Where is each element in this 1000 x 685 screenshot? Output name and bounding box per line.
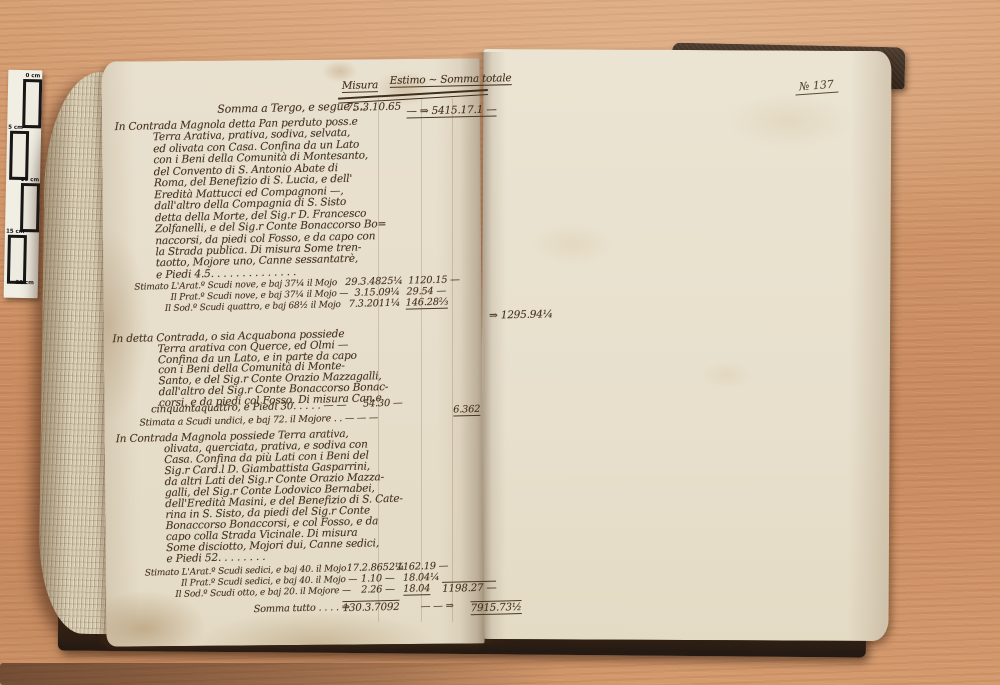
manuscript-book: № 137 Misura Estimo ~ Somma totale Somma… [0,0,1000,685]
estimo-value: 18.04 [403,583,430,596]
total-misura: 130.3.7092 [342,600,399,614]
misura-value: 7.3.2011¼ [349,298,401,310]
carry-estimo: — ⇒ 5415.17.1 — [406,103,497,118]
estimo-value: 6.362 [453,404,480,417]
total-dashes: — — ⇒ [421,601,454,613]
estimo-value: 146.28⅔ [406,297,449,310]
misura-value: 17.2.8652¼ [347,562,405,574]
subtotal-value: ⇒ 1295.94¼ [489,308,553,321]
handwriting-layer: Misura Estimo ~ Somma totale Somma a Ter… [0,0,1000,685]
misura-value: 1.10 — [361,573,395,585]
carry-label: Somma a Tergo, e segue .... [217,99,366,115]
column-header-misura: Misura [342,79,379,93]
subtotal-value: 1198.27 — [442,581,497,595]
estimo-value: 29.54 — [406,286,446,298]
estimo-value: 18.04¼ [403,572,440,584]
carry-misura: 75.3.10.65 [346,101,401,114]
entry-paragraph-2: In detta Contrada, o sia Acquabona possi… [157,328,388,409]
photo-scene: 0 cm 5 cm 10 cm 15 cm 20 cm № 137 Misura… [0,0,1000,685]
entry-paragraph-1: In Contrada Magnola detta Pan perduto po… [153,116,388,282]
misura-value: 54.30 — [363,398,403,410]
total-estimo: 7915.73½ [471,600,522,615]
estimo-value: 1162.19 — [397,561,449,573]
entry-paragraph-3: In Contrada Magnola possiede Terra arati… [164,428,404,565]
misura-value: 2.26 — [361,584,395,596]
column-header-estimo: Estimo ~ Somma totale [390,72,512,88]
estimo-value: 1120.15 — [408,274,460,286]
total-label: Somma tutto . . . . ⇒ [254,602,350,615]
